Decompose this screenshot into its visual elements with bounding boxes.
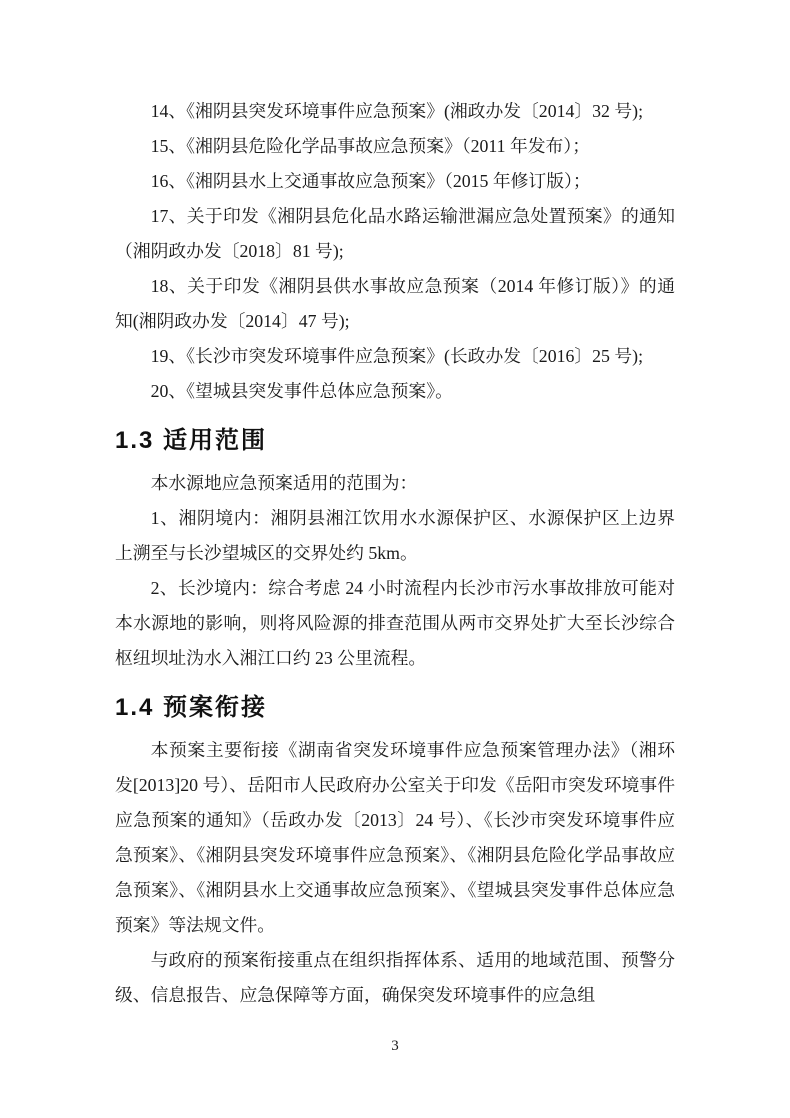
reference-item-20: 20、《望城县突发事件总体应急预案》。 — [115, 374, 675, 409]
document-page: 14、《湘阴县突发环境事件应急预案》(湘政办发〔2014〕32 号);15、《湘… — [0, 0, 790, 1118]
page-number: 3 — [0, 1036, 790, 1056]
scope-intro-paragraph: 本水源地应急预案适用的范围为： — [115, 466, 675, 501]
reference-item-17: 17、关于印发《湘阴县危化品水路运输泄漏应急处置预案》的通知（湘阴政办发〔201… — [115, 199, 675, 269]
document-body: 14、《湘阴县突发环境事件应急预案》(湘政办发〔2014〕32 号);15、《湘… — [115, 94, 675, 1013]
reference-item-18: 18、关于印发《湘阴县供水事故应急预案（2014 年修订版）》的通知(湘阴政办发… — [115, 269, 675, 339]
plan-linkage-paragraph-1: 本预案主要衔接《湖南省突发环境事件应急预案管理办法》（湘环发[2013]20 号… — [115, 733, 675, 943]
reference-item-16: 16、《湘阴县水上交通事故应急预案》（2015 年修订版）； — [115, 164, 675, 199]
section-heading-1-4-plan-linkage: 1.4 预案衔接 — [115, 692, 675, 724]
reference-item-15: 15、《湘阴县危险化学品事故应急预案》（2011 年发布）； — [115, 129, 675, 164]
scope-item-1-xiangyin: 1、湘阴境内：湘阴县湘江饮用水水源保护区、水源保护区上边界上溯至与长沙望城区的交… — [115, 501, 675, 571]
reference-item-19: 19、《长沙市突发环境事件应急预案》(长政办发〔2016〕25 号); — [115, 339, 675, 374]
section-heading-1-3-scope: 1.3 适用范围 — [115, 425, 675, 457]
plan-linkage-paragraph-2: 与政府的预案衔接重点在组织指挥体系、适用的地域范围、预警分级、信息报告、应急保障… — [115, 943, 675, 1013]
scope-item-2-changsha: 2、长沙境内：综合考虑 24 小时流程内长沙市污水事故排放可能对本水源地的影响，… — [115, 571, 675, 676]
reference-item-14: 14、《湘阴县突发环境事件应急预案》(湘政办发〔2014〕32 号); — [115, 94, 675, 129]
